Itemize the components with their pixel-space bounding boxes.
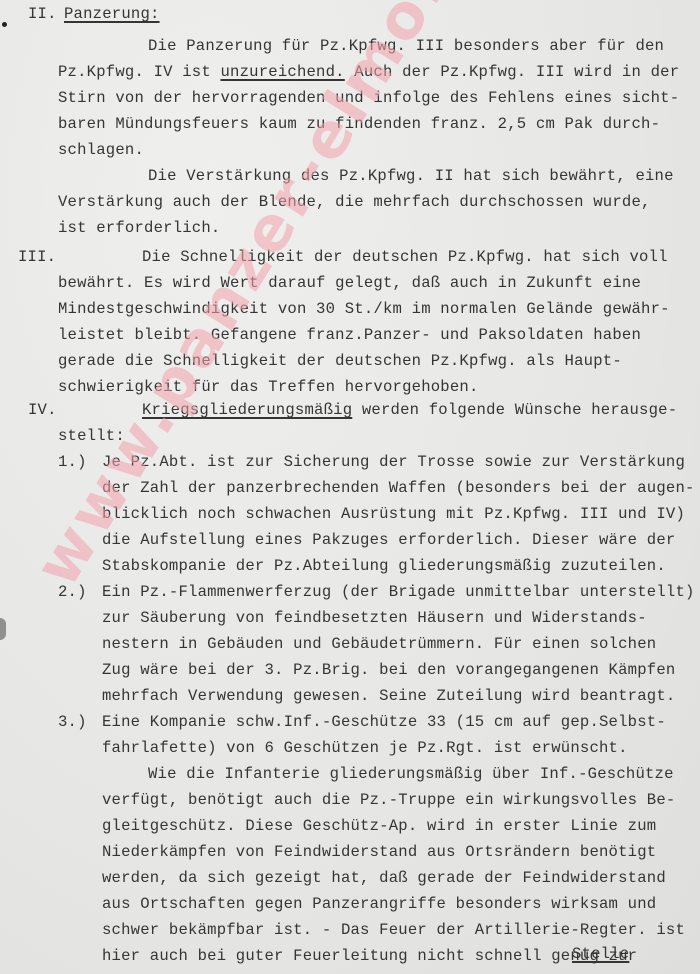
list-marker: 2.) <box>58 582 87 602</box>
text-line: Kriegsgliederungsmäßig werden folgende W… <box>142 400 677 420</box>
section-iv-heading: Kriegsgliederungsmäßig <box>142 401 352 419</box>
text-line: Die Verstärkung des Pz.Kpfwg. II hat sic… <box>148 166 674 186</box>
text-line: verfügt, benötigt auch die Pz.-Truppe ei… <box>102 790 675 810</box>
text-line: Zug wäre bei der 3. Pz.Brig. bei den vor… <box>102 660 675 680</box>
text-line: aus Ortschaften gegen Panzerangriffe bes… <box>102 894 656 914</box>
list-marker: 1.) <box>58 452 87 472</box>
text-line: baren Mündungsfeuers kaum zu findenden f… <box>58 114 660 134</box>
text-line: Je Pz.Abt. ist zur Sicherung der Trosse … <box>102 452 685 472</box>
text-line: Stabskompanie der Pz.Abteilung gliederun… <box>102 556 666 576</box>
text-line: Stirn von der hervorragenden und infolge… <box>58 88 679 108</box>
text-line: bewährt. Es wird Wert darauf gelegt, daß… <box>58 273 641 293</box>
text-line: Pz.Kpfwg. IV ist unzureichend. Auch der … <box>58 62 679 82</box>
section-iv-numeral: IV. <box>28 400 57 420</box>
text-span: werden folgende Wünsche herausge- <box>352 401 677 419</box>
section-ii-numeral: II. <box>28 4 57 24</box>
text-span: Pz.Kpfwg. IV ist <box>58 63 220 81</box>
text-line: Die Schnelligkeit der deutschen Pz.Kpfwg… <box>142 247 668 267</box>
text-line: Mindestgeschwindigkeit von 30 St./km im … <box>58 299 670 319</box>
text-line: Verstärkung auch der Blende, die mehrfac… <box>58 192 651 212</box>
text-line: schlagen. <box>58 140 144 160</box>
text-line: ist erforderlich. <box>58 218 220 238</box>
catchword: Stelle <box>572 944 629 964</box>
text-line: stellt: <box>58 426 125 446</box>
text-line: schwer bekämpfbar ist. - Das Feuer der A… <box>102 920 685 940</box>
text-line: Wie die Infanterie gliederungsmäßig über… <box>148 764 674 784</box>
text-line: Ein Pz.-Flammenwerferzug (der Brigade un… <box>102 582 695 602</box>
text-line: Eine Kompanie schw.Inf.-Geschütze 33 (15… <box>102 712 666 732</box>
section-iii-numeral: III. <box>18 247 56 267</box>
text-line: Niederkämpfen von Feindwiderstand aus Or… <box>102 842 656 862</box>
section-ii-heading: Panzerung: <box>64 4 160 24</box>
punch-mark <box>2 22 7 27</box>
text-line: hier auch bei guter Feuerleitung nicht s… <box>102 946 637 966</box>
text-line: der Zahl der panzerbrechenden Waffen (be… <box>102 478 695 498</box>
text-line: schwierigkeit für das Treffen hervorgeho… <box>58 377 479 397</box>
text-line: zur Säuberung von feindbesetzten Häusern… <box>102 608 647 628</box>
text-line: mehrfach Verwendung gewesen. Seine Zutei… <box>102 686 675 706</box>
text-line: fahrlafette) von 6 Geschützen je Pz.Rgt.… <box>102 738 628 758</box>
text-line: gleitgeschütz. Diese Geschütz-Ap. wird i… <box>102 816 656 836</box>
emphasis-unzureichend: unzureichend. <box>220 63 344 81</box>
text-line: gerade die Schnelligkeit der deutschen P… <box>58 351 622 371</box>
text-span: Auch der Pz.Kpfwg. III wird in der <box>345 63 680 81</box>
text-line: blicklich noch schwachen Ausrüstung mit … <box>102 504 685 524</box>
text-line: leistet bleibt. Gefangene franz.Panzer- … <box>58 325 641 345</box>
document-page: II. Panzerung: Die Panzerung für Pz.Kpfw… <box>0 0 700 974</box>
text-line: werden, da sich gezeigt hat, daß gerade … <box>102 868 666 888</box>
text-line: nestern in Gebäuden und Gebäudetrümmern.… <box>102 634 656 654</box>
text-line: die Aufstellung eines Pakzuges erforderl… <box>102 530 675 550</box>
page-edge-mark <box>0 618 6 640</box>
list-marker: 3.) <box>58 712 87 732</box>
text-line: Die Panzerung für Pz.Kpfwg. III besonder… <box>148 36 664 56</box>
